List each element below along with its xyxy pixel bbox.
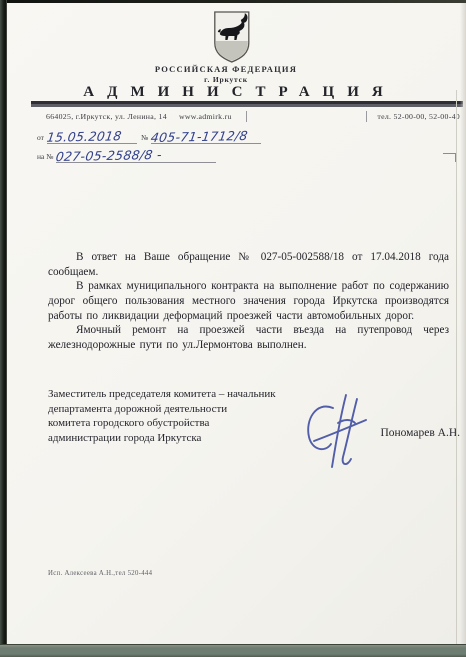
incoming-number-field: 027-05-2588/8 -: [56, 149, 216, 163]
letterhead-address: 664025, г.Иркутск, ул. Ленина, 14: [46, 112, 167, 121]
from-label: от: [37, 133, 44, 144]
handwritten-signature-icon: [296, 390, 382, 472]
incoming-reference-line: на № 027-05-2588/8 -: [37, 149, 277, 163]
letterhead-rule: [31, 101, 463, 104]
body-paragraph: В рамках муниципального контракта на вып…: [48, 279, 449, 323]
scan-edge-bottom: [0, 644, 466, 657]
letterhead-contact-row: 664025, г.Иркутск, ул. Ленина, 14 www.ad…: [31, 109, 462, 123]
scan-edge-left: [0, 0, 7, 657]
letter-body: В ответ на Ваше обращение № 027-05-00258…: [48, 250, 449, 353]
reply-to-label: на №: [37, 152, 53, 163]
position-line: Заместитель председателя комитета – нача…: [48, 387, 333, 402]
outgoing-date-field: 15.05.2018: [47, 130, 137, 144]
addressee-corner-mark-icon: [443, 153, 456, 162]
letterhead-country: РОССИЙСКАЯ ФЕДЕРАЦИЯ: [0, 64, 452, 74]
position-line: комитета городского обустройства: [48, 416, 333, 431]
letterhead-phone: тел. 52-00-00, 52-00-40: [377, 112, 460, 121]
contact-divider: [246, 111, 247, 122]
position-line: департамента дорожной деятельности: [48, 402, 333, 417]
handwritten-outgoing-number: 405-71-1712/8: [150, 129, 249, 144]
signatory-position: Заместитель председателя комитета – нача…: [48, 387, 333, 445]
scanned-letter: РОССИЙСКАЯ ФЕДЕРАЦИЯ г. Иркутск АДМИНИСТ…: [0, 0, 466, 657]
body-paragraph: Ямочный ремонт на проезжей части въезда …: [48, 323, 449, 352]
contact-divider: [366, 111, 367, 122]
letterhead-organization: АДМИНИСТРАЦИЯ: [0, 84, 466, 101]
letterhead-website: www.admirk.ru: [179, 112, 232, 121]
page-edge-shadow: [456, 90, 457, 645]
irkutsk-coat-of-arms-icon: [212, 10, 252, 64]
letterhead-city: г. Иркутск: [0, 75, 452, 84]
scan-edge-right: [460, 0, 466, 657]
reference-block: от 15.05.2018 № 405-71-1712/8 на № 027-0…: [37, 130, 277, 168]
scan-edge-top: [0, 0, 466, 3]
handwritten-incoming-number: 027-05-2588/8 -: [55, 148, 163, 163]
executor-note: Исп. Алексеева А.Н.,тел 520-444: [48, 570, 152, 577]
number-label: №: [141, 133, 148, 144]
outgoing-reference-line: от 15.05.2018 № 405-71-1712/8: [37, 130, 277, 144]
outgoing-number-field: 405-71-1712/8: [151, 130, 261, 144]
handwritten-date: 15.05.2018: [46, 129, 123, 144]
body-paragraph: В ответ на Ваше обращение № 027-05-00258…: [48, 250, 449, 279]
position-line: администрации города Иркутска: [48, 431, 333, 446]
signatory-name: Пономарев А.Н.: [380, 427, 460, 439]
